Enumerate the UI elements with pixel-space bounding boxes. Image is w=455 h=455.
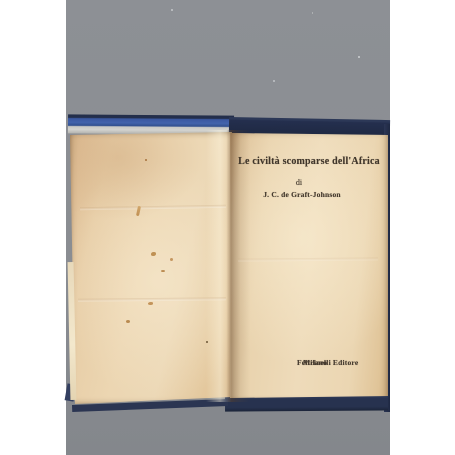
dust-speck — [312, 12, 313, 14]
dust-speck — [171, 9, 173, 11]
page-stain — [170, 258, 173, 261]
page-stain — [206, 341, 208, 343]
page-stain — [126, 320, 130, 323]
book-title: Le civiltà scomparse dell'Africa — [230, 156, 388, 167]
publisher-city: Milano — [303, 358, 327, 367]
dust-speck — [358, 56, 360, 58]
book-photo: Le civiltà scomparse dell'Africa di J. C… — [66, 0, 390, 455]
author-name: J. C. de Graft-Johnson — [223, 190, 381, 199]
left-blank-page — [70, 130, 232, 404]
byline-preposition: di — [220, 178, 378, 187]
page-stain — [161, 270, 165, 272]
page-stain — [145, 159, 147, 161]
dust-speck — [273, 80, 275, 82]
cover-bottom-edge-right — [225, 395, 388, 411]
cover-top-edge-left — [68, 114, 234, 134]
cover-top-edge-right — [229, 117, 390, 136]
page-stain — [151, 252, 156, 256]
page-stain — [148, 302, 153, 305]
